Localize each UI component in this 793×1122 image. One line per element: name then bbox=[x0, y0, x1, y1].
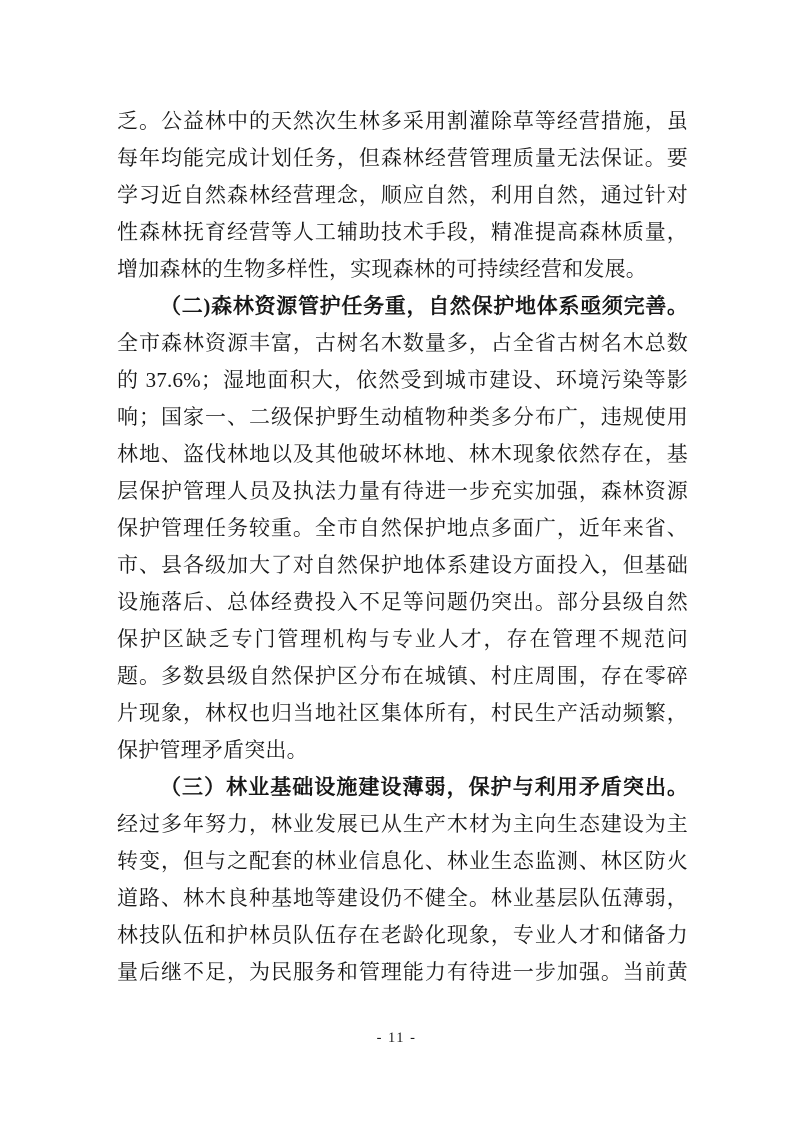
page-number: - 11 - bbox=[0, 1028, 793, 1048]
text-line: 林地、盗伐林地以及其他破坏林地、林木现象依然存在，基 bbox=[117, 436, 688, 473]
text-line: 经过多年努力，林业发展已从生产木材为主向生态建设为主 bbox=[117, 806, 688, 843]
text-line: 保护管理矛盾突出。 bbox=[117, 732, 688, 769]
text-line: 设施落后、总体经费投入不足等问题仍突出。部分县级自然 bbox=[117, 584, 688, 621]
text-line: 转变，但与之配套的林业信息化、林业生态监测、林区防火 bbox=[117, 843, 688, 880]
document-page: 乏。公益林中的天然次生林多采用割灌除草等经营措施，虽 每年均能完成计划任务，但森… bbox=[0, 0, 793, 1122]
text-line: 保护管理任务较重。全市自然保护地点多面广，近年来省、 bbox=[117, 510, 688, 547]
text-line: 题。多数县级自然保护区分布在城镇、村庄周围，存在零碎 bbox=[117, 658, 688, 695]
text-line: 层保护管理人员及执法力量有待进一步充实加强，森林资源 bbox=[117, 473, 688, 510]
section-heading-2: （二)森林资源管护任务重，自然保护地体系亟须完善。 bbox=[117, 288, 688, 325]
text-line: 道路、林木良种基地等建设仍不健全。林业基层队伍薄弱， bbox=[117, 880, 688, 917]
text-line: 增加森林的生物多样性，实现森林的可持续经营和发展。 bbox=[117, 251, 688, 288]
text-line: 每年均能完成计划任务，但森林经营管理质量无法保证。要 bbox=[117, 140, 688, 177]
document-text-block: 乏。公益林中的天然次生林多采用割灌除草等经营措施，虽 每年均能完成计划任务，但森… bbox=[117, 103, 688, 991]
text-line: 全市森林资源丰富，古树名木数量多，占全省古树名木总数 bbox=[117, 325, 688, 362]
text-line: 响；国家一、二级保护野生动植物种类多分布广，违规使用 bbox=[117, 399, 688, 436]
text-line: 片现象，林权也归当地社区集体所有，村民生产活动频繁， bbox=[117, 695, 688, 732]
text-line: 性森林抚育经营等人工辅助技术手段，精准提高森林质量， bbox=[117, 214, 688, 251]
text-line: 学习近自然森林经营理念，顺应自然，利用自然，通过针对 bbox=[117, 177, 688, 214]
text-line: 林技队伍和护林员队伍存在老龄化现象，专业人才和储备力 bbox=[117, 917, 688, 954]
section-heading-3: （三）林业基础设施建设薄弱，保护与利用矛盾突出。 bbox=[117, 769, 688, 806]
text-line: 市、县各级加大了对自然保护地体系建设方面投入，但基础 bbox=[117, 547, 688, 584]
text-line: 的 37.6%；湿地面积大，依然受到城市建设、环境污染等影 bbox=[117, 362, 688, 399]
text-line: 保护区缺乏专门管理机构与专业人才，存在管理不规范问 bbox=[117, 621, 688, 658]
text-line: 量后继不足，为民服务和管理能力有待进一步加强。当前黄 bbox=[117, 954, 688, 991]
text-line: 乏。公益林中的天然次生林多采用割灌除草等经营措施，虽 bbox=[117, 103, 688, 140]
